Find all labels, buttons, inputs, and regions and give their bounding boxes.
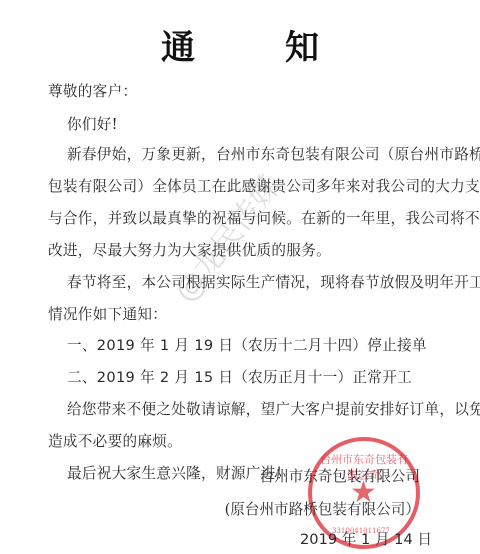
notice-title: 通 知	[0, 20, 480, 69]
paragraph-2-line-1: 春节将至，本公司根据实际生产情况，现将春节放假及明年开工	[67, 271, 480, 292]
paragraph-3-line-1: 给您带来不便之处敬请谅解，望广大客户提前安排好订单，以免	[67, 398, 480, 419]
paragraph-1-line-4: 改进，尽最大努力为大家提供优质的服务。	[48, 239, 331, 260]
paragraph-1-line-3: 与合作，并致以最真挚的祝福与问候。在新的一年里，我公司将不断	[48, 207, 480, 228]
salutation: 尊敬的客户：	[48, 80, 137, 101]
paragraph-1-line-2: 包装有限公司）全体员工在此感谢贵公司多年来对我公司的大力支持	[48, 175, 480, 196]
notice-item-stop-orders: 一、2019 年 1 月 19 日（农历十二月十四）停止接单	[67, 334, 427, 355]
signature-company: 台州市东奇包装有限公司	[259, 465, 420, 486]
signature-date: 2019 年 1 月 14 日	[300, 528, 432, 549]
paragraph-2-line-2: 情况作如下通知：	[48, 303, 167, 324]
notice-item-resume-work: 二、2019 年 2 月 15 日（农历正月十一）正常开工	[67, 366, 412, 387]
greeting: 你们好!	[67, 113, 118, 134]
paragraph-3-line-2: 造成不必要的麻烦。	[48, 430, 182, 451]
signature-former-name: (原台州市路桥包装有限公司）	[225, 498, 420, 519]
closing-wish: 最后祝大家生意兴隆，财源广进！	[67, 462, 290, 483]
paragraph-1-line-1: 新春伊始，万象更新，台州市东奇包装有限公司（原台州市路桥	[67, 143, 480, 164]
